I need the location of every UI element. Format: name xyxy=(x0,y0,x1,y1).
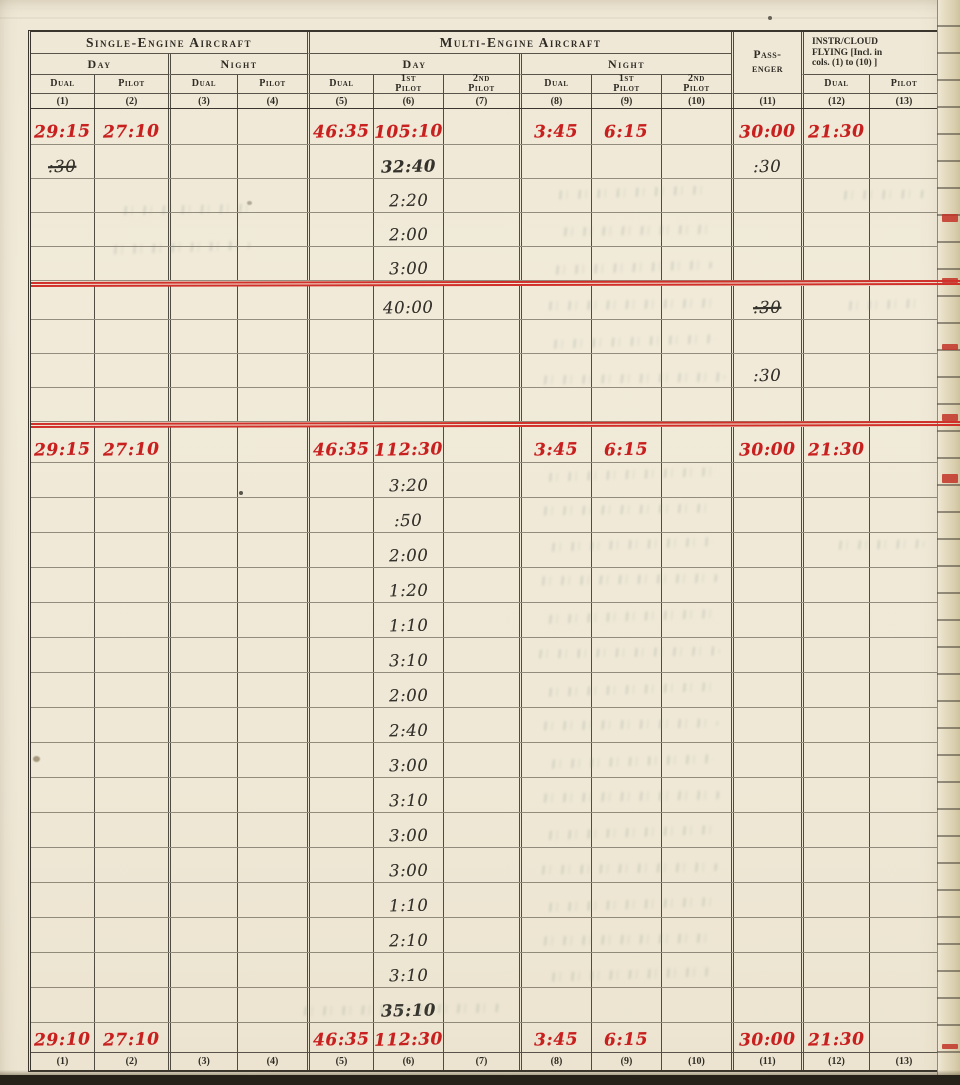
cell-col11 xyxy=(731,463,801,497)
cell-col6 xyxy=(373,388,443,421)
cell-col7 xyxy=(443,533,519,567)
column-label-8: Dual xyxy=(519,75,591,94)
handwritten-entry: 3:45 xyxy=(534,124,579,142)
passenger-label-line1: Pass- xyxy=(753,49,781,62)
log-row: 1:10 xyxy=(31,603,938,638)
night-label: Night xyxy=(608,57,645,72)
cell-col13 xyxy=(869,109,938,144)
cell-col7 xyxy=(443,1023,519,1052)
cell-col1 xyxy=(31,388,94,421)
cell-col13 xyxy=(869,918,938,952)
column-label-text: Pilot xyxy=(468,84,495,95)
cell-col1 xyxy=(31,813,94,847)
cell-col6: 112:30 xyxy=(373,427,443,462)
cell-col6: 105:10 xyxy=(373,109,443,144)
page-edge-red-mark xyxy=(942,1044,958,1049)
cell-col5 xyxy=(307,813,373,847)
handwritten-entry: 3:20 xyxy=(389,477,429,494)
cell-col1: :30 xyxy=(31,145,94,178)
handwritten-entry: 32:40 xyxy=(381,158,436,176)
cell-col7 xyxy=(443,848,519,882)
ink-dot xyxy=(768,16,772,20)
cell-col13 xyxy=(869,247,938,280)
cell-col9: 6:15 xyxy=(591,1023,661,1052)
footer-column-number-4: (4) xyxy=(237,1053,307,1070)
handwritten-entry: 3:00 xyxy=(389,862,429,879)
log-row: :30 xyxy=(31,354,938,388)
cell-col13 xyxy=(869,848,938,882)
cell-col6: 3:10 xyxy=(373,778,443,812)
cell-col12 xyxy=(801,498,869,532)
cell-col7 xyxy=(443,918,519,952)
cell-col12: 21:30 xyxy=(801,427,869,462)
cell-col9: 6:15 xyxy=(591,109,661,144)
cell-col7 xyxy=(443,354,519,387)
handwritten-entry: 1:20 xyxy=(389,582,429,599)
cell-col1 xyxy=(31,213,94,246)
column-label-2: Pilot xyxy=(94,75,168,94)
cell-col3 xyxy=(168,883,237,917)
cell-col3 xyxy=(168,533,237,567)
cell-col1 xyxy=(31,708,94,742)
cell-col13 xyxy=(869,638,938,672)
cell-col3 xyxy=(168,918,237,952)
handwritten-entry: 21:30 xyxy=(808,441,865,459)
cell-col7 xyxy=(443,953,519,987)
cell-col11 xyxy=(731,708,801,742)
cell-col10 xyxy=(661,145,731,178)
cell-col1 xyxy=(31,673,94,707)
cell-col11 xyxy=(731,743,801,777)
cell-col4 xyxy=(237,778,307,812)
cell-col10 xyxy=(661,603,731,637)
cell-col13 xyxy=(869,145,938,178)
cell-col4 xyxy=(237,848,307,882)
handwritten-entry: 3:00 xyxy=(389,260,429,277)
log-row: 3:10 xyxy=(31,953,938,988)
handwritten-entry: 3:00 xyxy=(389,827,429,844)
handwritten-entry: 112:30 xyxy=(374,1031,443,1049)
cell-col11 xyxy=(731,813,801,847)
cell-col11 xyxy=(731,498,801,532)
table-header: Single-Engine Aircraft Multi-Engine Airc… xyxy=(31,32,938,109)
cell-col13 xyxy=(869,953,938,987)
cell-col10 xyxy=(661,988,731,1022)
cell-col3 xyxy=(168,354,237,387)
paper-stain xyxy=(33,756,40,762)
log-row: 2:10 xyxy=(31,918,938,953)
cell-col9 xyxy=(591,988,661,1022)
cell-col11 xyxy=(731,179,801,212)
cell-col6: 3:00 xyxy=(373,247,443,280)
cell-col5 xyxy=(307,498,373,532)
cell-col8: 3:45 xyxy=(519,109,591,144)
totals-row: 29:1027:1046:35112:303:456:1530:0021:30 xyxy=(31,1023,938,1053)
cell-col3 xyxy=(168,848,237,882)
cell-col8 xyxy=(519,247,591,280)
cell-col13 xyxy=(869,778,938,812)
handwritten-entry: 27:10 xyxy=(103,441,160,459)
cell-col2 xyxy=(94,354,168,387)
cell-col7 xyxy=(443,498,519,532)
cell-col13 xyxy=(869,883,938,917)
cell-col1 xyxy=(31,320,94,353)
cell-col3 xyxy=(168,813,237,847)
cell-col2: 27:10 xyxy=(94,109,168,144)
cell-col9 xyxy=(591,498,661,532)
cell-col3 xyxy=(168,463,237,497)
cell-col11 xyxy=(731,533,801,567)
cell-col7 xyxy=(443,388,519,421)
cell-col13 xyxy=(869,568,938,602)
footer-column-number-8: (8) xyxy=(519,1053,591,1070)
column-label-10: 2ndPilot xyxy=(661,75,731,94)
cell-col3 xyxy=(168,988,237,1022)
log-row: :3032:40:30 xyxy=(31,145,938,179)
cell-col2 xyxy=(94,498,168,532)
cell-col2 xyxy=(94,145,168,178)
cell-col13 xyxy=(869,988,938,1022)
cell-col3 xyxy=(168,388,237,421)
cell-col12 xyxy=(801,918,869,952)
cell-col13 xyxy=(869,708,938,742)
cell-col11 xyxy=(731,603,801,637)
footer-column-number-9: (9) xyxy=(591,1053,661,1070)
column-label-1: Dual xyxy=(31,75,94,94)
cell-col3 xyxy=(168,778,237,812)
cell-col13 xyxy=(869,463,938,497)
handwritten-entry: 46:35 xyxy=(313,441,370,459)
column-number-5: (5) xyxy=(307,94,373,108)
bleedthrough-mark xyxy=(840,189,925,199)
cell-col6: 1:10 xyxy=(373,603,443,637)
ink-dot xyxy=(239,491,243,495)
totals-row: 29:1527:1046:35112:303:456:1530:0021:30 xyxy=(31,427,938,463)
column-number-9: (9) xyxy=(591,94,661,108)
cell-col4 xyxy=(237,427,307,462)
instr-cloud-line2: FLYING [Incl. in xyxy=(812,48,882,59)
cell-col13 xyxy=(869,533,938,567)
cell-col5 xyxy=(307,286,373,319)
column-label-text: Dual xyxy=(329,79,353,90)
cell-col12 xyxy=(801,568,869,602)
cell-col6: 3:10 xyxy=(373,953,443,987)
cell-col5 xyxy=(307,778,373,812)
cell-col1 xyxy=(31,883,94,917)
cell-col2 xyxy=(94,638,168,672)
cell-col1 xyxy=(31,568,94,602)
cell-col8 xyxy=(519,388,591,421)
cell-col7 xyxy=(443,109,519,144)
handwritten-entry: 21:30 xyxy=(808,1031,865,1049)
column-number-13: (13) xyxy=(869,94,938,108)
handwritten-entry: 46:35 xyxy=(313,123,370,141)
footer-column-number-12: (12) xyxy=(801,1053,869,1070)
cell-col4 xyxy=(237,463,307,497)
cell-col5 xyxy=(307,953,373,987)
cell-col12 xyxy=(801,743,869,777)
column-label-text: Pilot xyxy=(613,84,640,95)
cell-col5 xyxy=(307,638,373,672)
cell-col6: 2:00 xyxy=(373,673,443,707)
cell-col6: 2:10 xyxy=(373,918,443,952)
log-row: 3:00 xyxy=(31,743,938,778)
page-edge-strip xyxy=(937,0,960,1085)
cell-col4 xyxy=(237,109,307,144)
single-engine-header: Single-Engine Aircraft xyxy=(31,32,307,54)
footer-column-number-10: (10) xyxy=(661,1053,731,1070)
handwritten-entry: 29:15 xyxy=(34,441,91,459)
cell-col5 xyxy=(307,708,373,742)
column-label-5: Dual xyxy=(307,75,373,94)
cell-col2 xyxy=(94,918,168,952)
cell-col1 xyxy=(31,918,94,952)
cell-col1 xyxy=(31,848,94,882)
handwritten-entry: 2:20 xyxy=(389,192,429,209)
cell-col1: 29:10 xyxy=(31,1023,94,1052)
cell-col7 xyxy=(443,743,519,777)
column-label-3: Dual xyxy=(168,75,237,94)
cell-col6: 3:20 xyxy=(373,463,443,497)
footer-column-number-2: (2) xyxy=(94,1053,168,1070)
cell-col4 xyxy=(237,286,307,319)
footer-column-number-5: (5) xyxy=(307,1053,373,1070)
handwritten-entry: :30 xyxy=(753,299,782,316)
page-edge-red-mark xyxy=(942,214,958,222)
column-label-text: Pilot xyxy=(891,79,918,90)
log-row: 2:40 xyxy=(31,708,938,743)
cell-col2 xyxy=(94,603,168,637)
cell-col3 xyxy=(168,427,237,462)
handwritten-entry: 46:35 xyxy=(313,1031,370,1049)
passenger-label-line2: enger xyxy=(752,63,783,76)
cell-col1 xyxy=(31,988,94,1022)
cell-col7 xyxy=(443,286,519,319)
cell-col7 xyxy=(443,638,519,672)
cell-col10 xyxy=(661,388,731,421)
cell-col3 xyxy=(168,1023,237,1052)
cell-col12 xyxy=(801,320,869,353)
cell-col1 xyxy=(31,533,94,567)
cell-col12 xyxy=(801,388,869,421)
cell-col13 xyxy=(869,213,938,246)
multi-engine-header: Multi-Engine Aircraft xyxy=(307,32,731,54)
cell-col5 xyxy=(307,883,373,917)
cell-col2 xyxy=(94,673,168,707)
cell-col3 xyxy=(168,708,237,742)
cell-col5 xyxy=(307,145,373,178)
cell-col5 xyxy=(307,354,373,387)
handwritten-entry: 2:00 xyxy=(389,687,429,704)
handwritten-entry: 3:45 xyxy=(534,1032,579,1050)
totals-row: 29:1527:1046:35105:103:456:1530:0021:30 xyxy=(31,109,938,145)
cell-col13 xyxy=(869,673,938,707)
handwritten-entry: 2:00 xyxy=(389,547,429,564)
cell-col10 xyxy=(661,1023,731,1052)
column-number-4: (4) xyxy=(237,94,307,108)
column-label-text: Pilot xyxy=(395,84,422,95)
cell-col11 xyxy=(731,953,801,987)
cell-col2 xyxy=(94,533,168,567)
column-label-text: Pilot xyxy=(259,79,286,90)
cell-col3 xyxy=(168,638,237,672)
column-label-4: Pilot xyxy=(237,75,307,94)
log-row: 3:10 xyxy=(31,638,938,673)
cell-col5: 46:35 xyxy=(307,1023,373,1052)
cell-col4 xyxy=(237,145,307,178)
handwritten-entry: 3:10 xyxy=(389,792,429,809)
column-number-6: (6) xyxy=(373,94,443,108)
cell-col4 xyxy=(237,638,307,672)
footer-column-number-13: (13) xyxy=(869,1053,938,1070)
cell-col1 xyxy=(31,498,94,532)
paper-crease xyxy=(0,17,960,19)
cell-col5 xyxy=(307,179,373,212)
column-label-9: 1stPilot xyxy=(591,75,661,94)
cell-col4 xyxy=(237,813,307,847)
column-number-8: (8) xyxy=(519,94,591,108)
cell-col12 xyxy=(801,247,869,280)
cell-col4 xyxy=(237,247,307,280)
handwritten-entry: 6:15 xyxy=(604,1032,649,1050)
cell-col11 xyxy=(731,883,801,917)
handwritten-entry: 27:10 xyxy=(103,123,160,141)
log-row: 3:10 xyxy=(31,778,938,813)
bleedthrough-mark xyxy=(835,539,925,550)
cell-col11 xyxy=(731,247,801,280)
handwritten-entry: 3:00 xyxy=(389,757,429,774)
column-number-11: (11) xyxy=(731,94,801,108)
cell-col12 xyxy=(801,778,869,812)
cell-col8: 3:45 xyxy=(519,427,591,462)
cell-col2 xyxy=(94,813,168,847)
cell-col2 xyxy=(94,953,168,987)
cell-col2 xyxy=(94,708,168,742)
footer-column-number-3: (3) xyxy=(168,1053,237,1070)
cell-col13 xyxy=(869,388,938,421)
cell-col5 xyxy=(307,743,373,777)
handwritten-entry: 29:10 xyxy=(34,1031,91,1049)
passenger-header: Pass- enger xyxy=(731,32,801,94)
cell-col11: :30 xyxy=(731,354,801,387)
cell-col7 xyxy=(443,145,519,178)
cell-col12 xyxy=(801,813,869,847)
cell-col5 xyxy=(307,247,373,280)
cell-col3 xyxy=(168,109,237,144)
cell-col12 xyxy=(801,883,869,917)
cell-col11 xyxy=(731,388,801,421)
cell-col11 xyxy=(731,918,801,952)
handwritten-entry: 27:10 xyxy=(103,1031,160,1049)
cell-col3 xyxy=(168,286,237,319)
cell-col13 xyxy=(869,1023,938,1052)
cell-col7 xyxy=(443,568,519,602)
cell-col13 xyxy=(869,427,938,462)
cell-col2 xyxy=(94,568,168,602)
cell-col4 xyxy=(237,918,307,952)
log-row: 3:00 xyxy=(31,848,938,883)
column-label-text: Pilot xyxy=(683,84,710,95)
log-row: 2:00 xyxy=(31,213,938,247)
cell-col11: 30:00 xyxy=(731,427,801,462)
cell-col11 xyxy=(731,848,801,882)
multi-engine-title: Multi-Engine Aircraft xyxy=(440,35,602,51)
handwritten-entry: 3:10 xyxy=(389,652,429,669)
cell-col6 xyxy=(373,354,443,387)
instr-cloud-line1: INSTR/CLOUD xyxy=(812,37,878,48)
cell-col13 xyxy=(869,813,938,847)
column-label-text: Dual xyxy=(824,79,848,90)
cell-col8: 3:45 xyxy=(519,1023,591,1052)
cell-col13 xyxy=(869,498,938,532)
cell-col11 xyxy=(731,213,801,246)
cell-col7 xyxy=(443,708,519,742)
cell-col4 xyxy=(237,953,307,987)
se-night-header: Night xyxy=(168,54,307,75)
me-day-header: Day xyxy=(307,54,519,75)
cell-col4 xyxy=(237,988,307,1022)
log-row: 1:20 xyxy=(31,568,938,603)
footer-column-number-7: (7) xyxy=(443,1053,519,1070)
cell-col6: :50 xyxy=(373,498,443,532)
logbook-page: Single-Engine Aircraft Multi-Engine Airc… xyxy=(0,0,960,1085)
cell-col1 xyxy=(31,286,94,319)
footer-column-number-11: (11) xyxy=(731,1053,801,1070)
cell-col11: :30 xyxy=(731,145,801,178)
column-number-10: (10) xyxy=(661,94,731,108)
cell-col3 xyxy=(168,743,237,777)
handwritten-entry: :30 xyxy=(48,158,77,175)
cell-col12 xyxy=(801,638,869,672)
cell-col1 xyxy=(31,603,94,637)
cell-col9 xyxy=(591,145,661,178)
cell-col13 xyxy=(869,743,938,777)
column-label-text: Dual xyxy=(192,79,216,90)
handwritten-entry: 3:10 xyxy=(389,967,429,984)
day-label: Day xyxy=(403,57,427,72)
cell-col11 xyxy=(731,778,801,812)
handwritten-entry: 2:40 xyxy=(389,722,429,739)
cell-col4 xyxy=(237,354,307,387)
log-row xyxy=(31,388,938,422)
cell-col11 xyxy=(731,988,801,1022)
handwritten-entry: 1:10 xyxy=(389,617,429,634)
cell-col2: 27:10 xyxy=(94,1023,168,1052)
cell-col9: 6:15 xyxy=(591,427,661,462)
cell-col5 xyxy=(307,848,373,882)
cell-col11 xyxy=(731,320,801,353)
cell-col4 xyxy=(237,743,307,777)
page-edge-red-mark xyxy=(942,474,958,483)
cell-col11: 30:00 xyxy=(731,109,801,144)
cell-col5 xyxy=(307,533,373,567)
me-night-header: Night xyxy=(519,54,731,75)
cell-col11 xyxy=(731,638,801,672)
cell-col3 xyxy=(168,320,237,353)
night-label: Night xyxy=(220,57,257,72)
cell-col2: 27:10 xyxy=(94,427,168,462)
handwritten-entry: 2:10 xyxy=(389,932,429,949)
cell-col5 xyxy=(307,673,373,707)
cell-col2 xyxy=(94,286,168,319)
cell-col12 xyxy=(801,988,869,1022)
cell-col5 xyxy=(307,603,373,637)
handwritten-entry: :30 xyxy=(753,158,782,175)
cell-col4 xyxy=(237,388,307,421)
cell-col8 xyxy=(519,145,591,178)
cell-col7 xyxy=(443,778,519,812)
cell-col1 xyxy=(31,743,94,777)
